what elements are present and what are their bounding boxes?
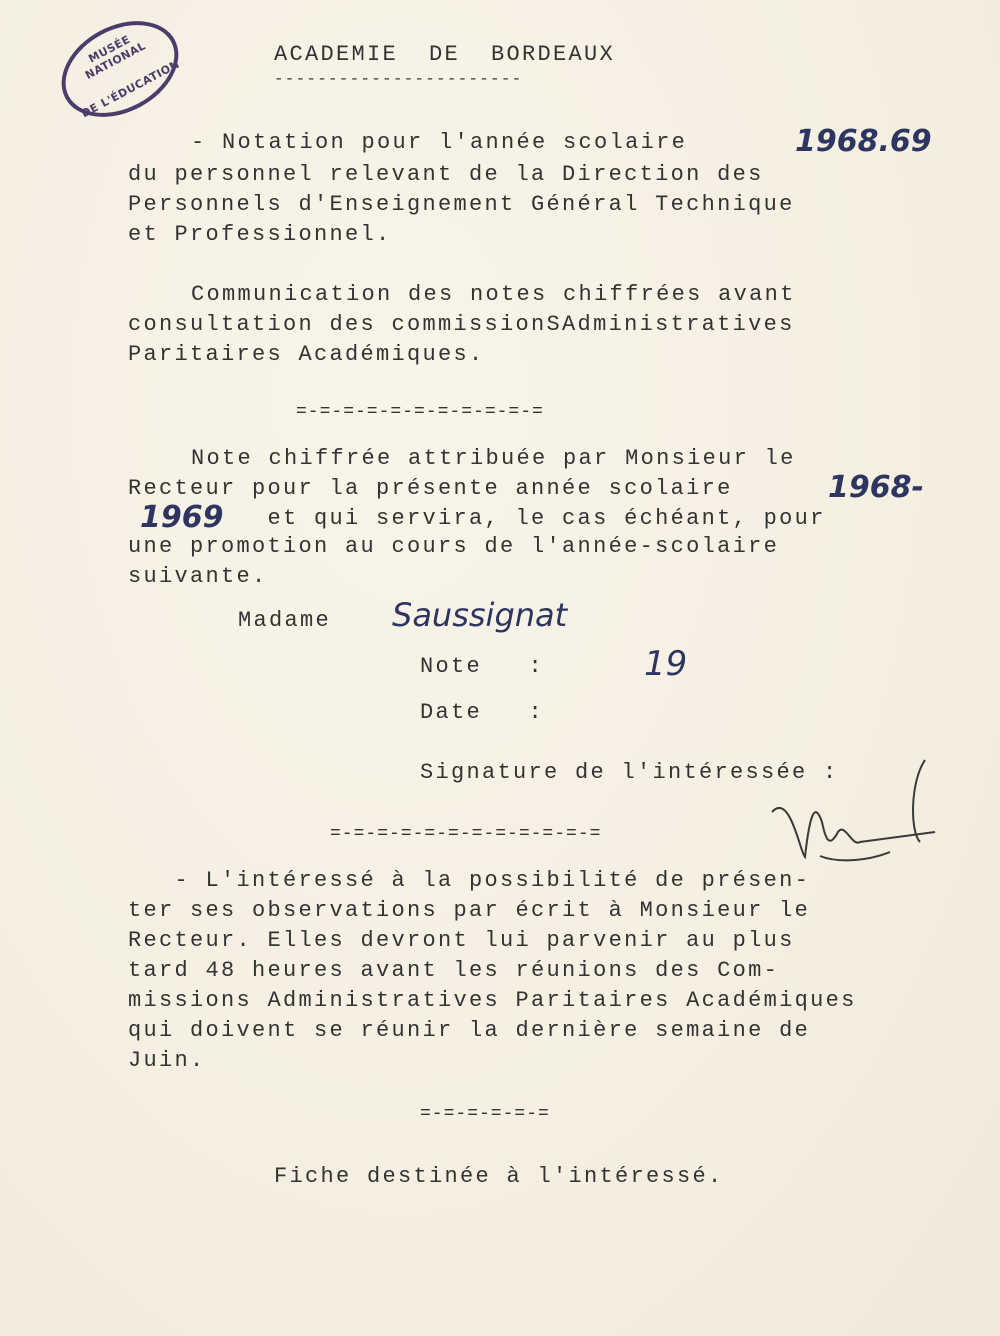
section2-line-2: consultation des commissionSAdministrati…	[128, 312, 795, 337]
handwritten-year-1: 1968.69	[795, 124, 932, 159]
section3-line-1: Note chiffrée attribuée par Monsieur le	[160, 446, 796, 471]
separator-2: =-=-=-=-=-=-=-=-=-=-=-=	[330, 824, 601, 844]
section3-line-5: suivante.	[128, 564, 268, 589]
section4-line-7: Juin.	[128, 1048, 206, 1073]
section4-line-6: qui doivent se réunir la dernière semain…	[128, 1018, 810, 1043]
note-label: Note :	[420, 654, 544, 679]
signature-icon	[760, 752, 950, 864]
section1-line-4: et Professionnel.	[128, 222, 392, 247]
section4-line-1: - L'intéressé à la possibilité de présen…	[128, 868, 810, 893]
section2-line-3: Paritaires Académiques.	[128, 342, 485, 367]
handwritten-year-2a: 1968-	[828, 470, 924, 505]
section4-line-3: Recteur. Elles devront lui parvenir au p…	[128, 928, 795, 953]
madame-label: Madame	[238, 608, 331, 633]
footer-note: Fiche destinée à l'intéressé.	[274, 1164, 724, 1189]
section1-line-3: Personnels d'Enseignement Général Techni…	[128, 192, 795, 217]
separator-3: =-=-=-=-=-=	[420, 1104, 550, 1124]
date-label: Date :	[420, 700, 544, 725]
madame-name-handwritten: Saussignat	[392, 596, 567, 634]
section1-line-2: du personnel relevant de la Direction de…	[128, 162, 764, 187]
section4-line-2: ter ses observations par écrit à Monsieu…	[128, 898, 810, 923]
section3-line-4: une promotion au cours de l'année-scolai…	[128, 534, 779, 559]
section3-line-3: et qui servira, le cas échéant, pour	[128, 506, 826, 531]
separator-1: =-=-=-=-=-=-=-=-=-=-=	[296, 402, 544, 422]
section2-line-1: Communication des notes chiffrées avant	[160, 282, 796, 307]
note-value-handwritten: 19	[644, 644, 687, 684]
section4-line-5: missions Administratives Paritaires Acad…	[128, 988, 857, 1013]
document-page: MUSÉE NATIONAL DE L'ÉDUCATION ACADEMIE D…	[0, 0, 1000, 1336]
section4-line-4: tard 48 heures avant les réunions des Co…	[128, 958, 779, 983]
title-underline: -----------------------	[274, 70, 522, 88]
section3-line-2: Recteur pour la présente année scolaire	[128, 476, 733, 501]
section1-line-1: - Notation pour l'année scolaire	[160, 130, 687, 155]
museum-stamp: MUSÉE NATIONAL DE L'ÉDUCATION	[45, 2, 195, 136]
document-title: ACADEMIE DE BORDEAUX	[274, 42, 615, 67]
